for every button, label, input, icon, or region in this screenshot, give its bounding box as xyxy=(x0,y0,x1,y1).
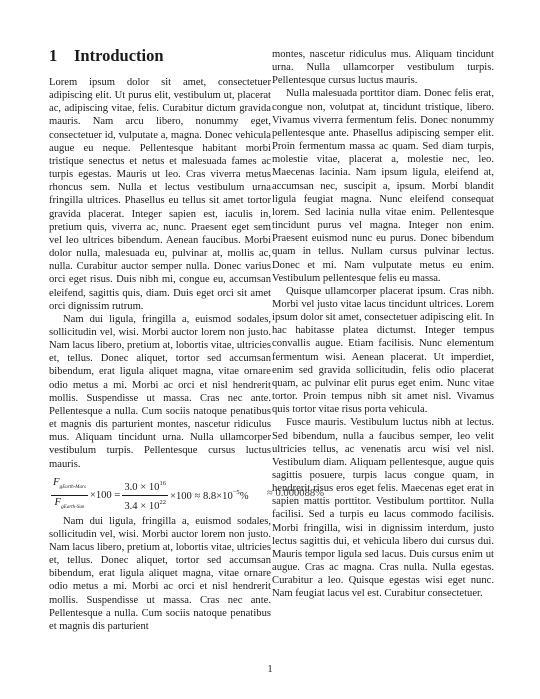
times-hundred: ×100 = xyxy=(90,490,121,501)
document-page: 1Introduction Lorem ipsum dolor sit amet… xyxy=(0,0,540,699)
section-heading: 1Introduction xyxy=(49,46,271,66)
right-column: montes, nascetur ridiculus mus. Aliquam … xyxy=(272,48,494,601)
lhs-fraction: FgEarth-Mars FgEarth-Sun xyxy=(51,477,88,514)
paragraph: Nam dui ligula, fringilla a, euismod sod… xyxy=(49,515,271,633)
paragraph: montes, nascetur ridiculus mus. Aliquam … xyxy=(272,48,494,87)
paragraph: Lorem ipsum dolor sit amet, consectetuer… xyxy=(49,76,271,313)
rhs-fraction: 3.0 × 1016 3.4 × 1022 xyxy=(122,478,168,513)
section-title: Introduction xyxy=(74,46,164,65)
page-number: 1 xyxy=(0,664,540,675)
section-number: 1 xyxy=(49,46,74,66)
paragraph: Nam dui ligula, fringilla a, euismod sod… xyxy=(49,313,271,471)
paragraph: Fusce mauris. Vestibulum luctus nibh at … xyxy=(272,416,494,600)
left-column: 1Introduction Lorem ipsum dolor sit amet… xyxy=(49,46,271,633)
paragraph: Nulla malesuada porttitor diam. Donec fe… xyxy=(272,87,494,284)
equation-result: ×100 ≈ 8.8×10−5% xyxy=(170,489,249,502)
paragraph: Quisque ullamcorper placerat ipsum. Cras… xyxy=(272,285,494,417)
